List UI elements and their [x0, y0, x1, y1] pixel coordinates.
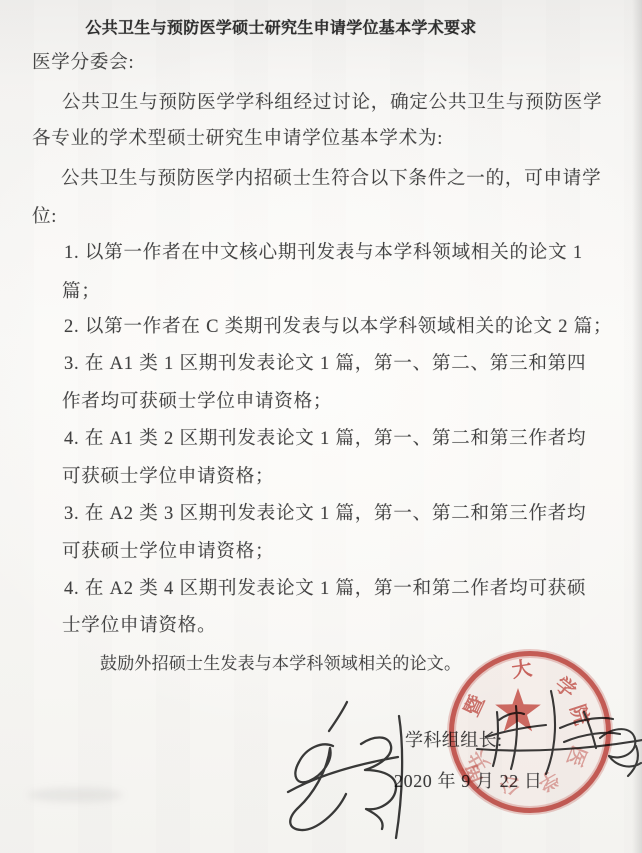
- scanned-document-page: 公共卫生与预防医学硕士研究生申请学位基本学术要求 医学分委会: 公共卫生与预防医…: [0, 0, 642, 853]
- signature-right: [477, 691, 642, 776]
- signature-left: [288, 702, 402, 838]
- scan-smudge: [28, 788, 123, 802]
- paper-edge-shadow: [632, 0, 642, 853]
- handwritten-signatures: [0, 0, 642, 853]
